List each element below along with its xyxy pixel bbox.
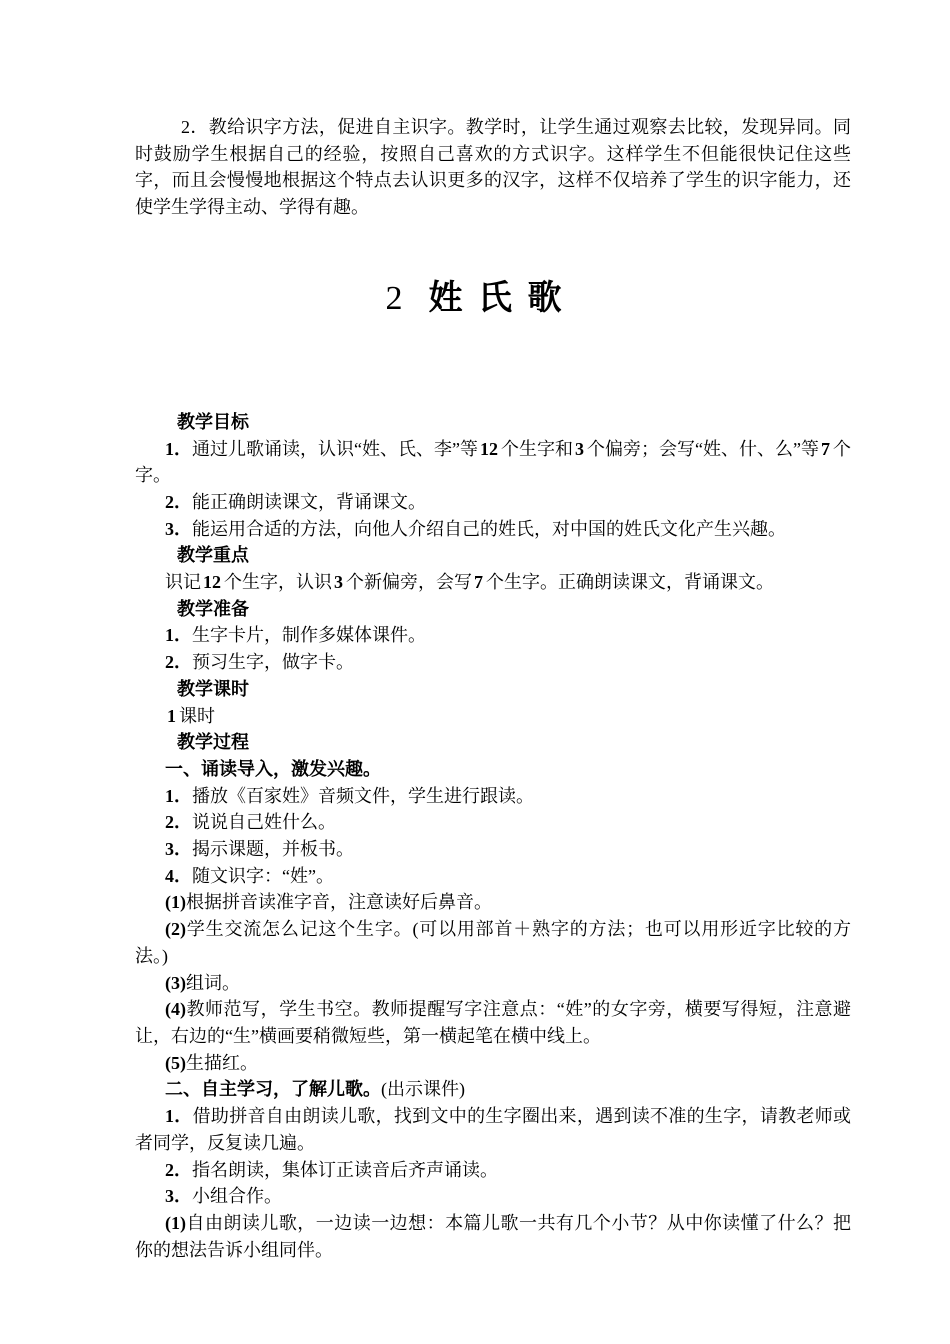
bold-marker-run: 3． bbox=[165, 1186, 192, 1206]
heiti-text-run: 二、自主学习，了解儿歌。 bbox=[165, 1079, 381, 1099]
bold-marker-run: 2． bbox=[165, 812, 192, 832]
bold-marker-run: (1) bbox=[165, 1213, 186, 1233]
text-run: 个生字。正确朗读课文，背诵课文。 bbox=[486, 572, 774, 592]
bold-number-run: 1 bbox=[165, 706, 179, 726]
text-run: 组词。 bbox=[186, 973, 240, 993]
bold-marker-run: (1) bbox=[165, 892, 186, 912]
bold-marker-run: 4． bbox=[165, 866, 192, 886]
text-run: 预习生字，做字卡。 bbox=[192, 652, 354, 672]
section-heading: 教学过程 bbox=[135, 729, 851, 756]
heiti-text-run: 一、诵读导入，激发兴趣。 bbox=[165, 759, 381, 779]
body-line: 4．随文识字：“姓”。 bbox=[135, 863, 851, 890]
body-line: 3．揭示课题，并板书。 bbox=[135, 836, 851, 863]
bold-number-run: 3 bbox=[573, 439, 587, 459]
body-line: 1．借助拼音自由朗读儿歌，找到文中的生字圈出来，遇到读不准的生字，请教老师或者同… bbox=[135, 1103, 851, 1156]
bold-marker-run: 2． bbox=[165, 492, 192, 512]
heiti-text-run: 教学重点 bbox=[177, 545, 249, 565]
bold-marker-run: 1． bbox=[165, 625, 192, 645]
bold-marker-run: 1． bbox=[165, 1106, 193, 1126]
body-line: (3)组词。 bbox=[135, 970, 851, 997]
lesson-title: 2姓 氏 歌 bbox=[0, 278, 950, 319]
bold-marker-run: 3． bbox=[165, 839, 192, 859]
bold-marker-run: 3． bbox=[165, 519, 192, 539]
text-run: 通过儿歌诵读，认识“姓、氏、李”等 bbox=[192, 439, 478, 459]
section-heading: 教学重点 bbox=[135, 542, 851, 569]
heiti-text-run: 教学准备 bbox=[177, 599, 249, 619]
bold-marker-run: 1． bbox=[165, 439, 192, 459]
section-heading: 教学目标 bbox=[135, 409, 851, 436]
heiti-text-run: 教学目标 bbox=[177, 412, 249, 432]
numbered-section-heading: 一、诵读导入，激发兴趣。 bbox=[135, 756, 851, 783]
bold-number-run: 7 bbox=[472, 572, 486, 592]
section-heading: 教学准备 bbox=[135, 596, 851, 623]
text-run: 自由朗读儿歌，一边读一边想：本篇儿歌一共有几个小节？从中你读懂了什么？把你的想法… bbox=[135, 1213, 851, 1260]
text-run: 说说自己姓什么。 bbox=[192, 812, 336, 832]
text-run: 个生字，认识 bbox=[224, 572, 332, 592]
body-line: 2．预习生字，做字卡。 bbox=[135, 649, 851, 676]
body-line: 1．通过儿歌诵读，认识“姓、氏、李”等12个生字和3个偏旁；会写“姓、什、么”等… bbox=[135, 436, 851, 489]
text-run: 能正确朗读课文，背诵课文。 bbox=[192, 492, 426, 512]
bold-number-run: 7 bbox=[819, 439, 833, 459]
body-line: (1)根据拼音读准字音，注意读好后鼻音。 bbox=[135, 889, 851, 916]
document-body: 2．教给识字方法，促进自主识字。教学时，让学生通过观察去比较，发现异同。同时鼓励… bbox=[135, 114, 851, 1263]
bold-marker-run: (4) bbox=[165, 999, 186, 1019]
text-run: 能运用合适的方法，向他人介绍自己的姓氏，对中国的姓氏文化产生兴趣。 bbox=[192, 519, 786, 539]
body-line: 识记12个生字，认识3个新偏旁，会写7个生字。正确朗读课文，背诵课文。 bbox=[135, 569, 851, 596]
text-run: 个新偏旁，会写 bbox=[346, 572, 472, 592]
body-line: (5)生描红。 bbox=[135, 1050, 851, 1077]
document-page: 2．教给识字方法，促进自主识字。教学时，让学生通过观察去比较，发现异同。同时鼓励… bbox=[0, 0, 950, 1344]
bold-marker-run: 2． bbox=[165, 1160, 192, 1180]
text-run: (出示课件) bbox=[381, 1079, 465, 1099]
body-line: (1)自由朗读儿歌，一边读一边想：本篇儿歌一共有几个小节？从中你读懂了什么？把你… bbox=[135, 1210, 851, 1263]
section-heading: 教学课时 bbox=[135, 676, 851, 703]
text-run: 2．教给识字方法，促进自主识字。教学时，让学生通过观察去比较，发现异同。同时鼓励… bbox=[135, 117, 851, 217]
text-run: 小组合作。 bbox=[192, 1186, 282, 1206]
bold-marker-run: (5) bbox=[165, 1053, 186, 1073]
bold-number-run: 12 bbox=[201, 572, 224, 592]
numbered-section-heading: 二、自主学习，了解儿歌。(出示课件) bbox=[135, 1076, 851, 1103]
heiti-text-run: 教学过程 bbox=[177, 732, 249, 752]
text-run: 生描红。 bbox=[186, 1053, 258, 1073]
text-run: 个生字和 bbox=[501, 439, 573, 459]
body-line: 1课时 bbox=[135, 703, 851, 730]
text-run: 识记 bbox=[165, 572, 201, 592]
heiti-text-run: 教学课时 bbox=[177, 679, 249, 699]
body-line: 2．说说自己姓什么。 bbox=[135, 809, 851, 836]
text-run: 播放《百家姓》音频文件，学生进行跟读。 bbox=[192, 786, 534, 806]
text-run: 学生交流怎么记这个生字。(可以用部首＋熟字的方法；也可以用形近字比较的方法。) bbox=[135, 919, 851, 966]
lesson-number: 2 bbox=[386, 280, 403, 317]
body-line: 2．能正确朗读课文，背诵课文。 bbox=[135, 489, 851, 516]
intro-paragraph: 2．教给识字方法，促进自主识字。教学时，让学生通过观察去比较，发现异同。同时鼓励… bbox=[135, 114, 851, 221]
bold-number-run: 3 bbox=[332, 572, 346, 592]
text-run: 根据拼音读准字音，注意读好后鼻音。 bbox=[186, 892, 492, 912]
bold-number-run: 12 bbox=[478, 439, 501, 459]
body-line: 3．能运用合适的方法，向他人介绍自己的姓氏，对中国的姓氏文化产生兴趣。 bbox=[135, 516, 851, 543]
body-line: (2)学生交流怎么记这个生字。(可以用部首＋熟字的方法；也可以用形近字比较的方法… bbox=[135, 916, 851, 969]
text-run: 随文识字：“姓”。 bbox=[192, 866, 334, 886]
text-run: 借助拼音自由朗读儿歌，找到文中的生字圈出来，遇到读不准的生字，请教老师或者同学，… bbox=[135, 1106, 851, 1153]
bold-marker-run: 1． bbox=[165, 786, 192, 806]
lesson-title-text: 姓 氏 歌 bbox=[429, 279, 565, 317]
bold-marker-run: (3) bbox=[165, 973, 186, 993]
text-run: 课时 bbox=[179, 706, 215, 726]
body-line: 3．小组合作。 bbox=[135, 1183, 851, 1210]
body-line: 2．指名朗读，集体订正读音后齐声诵读。 bbox=[135, 1157, 851, 1184]
bold-marker-run: 2． bbox=[165, 652, 192, 672]
body-line: 1．播放《百家姓》音频文件，学生进行跟读。 bbox=[135, 783, 851, 810]
body-line: (4)教师范写，学生书空。教师提醒写字注意点：“姓”的女字旁，横要写得短，注意避… bbox=[135, 996, 851, 1049]
text-run: 指名朗读，集体订正读音后齐声诵读。 bbox=[192, 1160, 498, 1180]
text-run: 个偏旁；会写“姓、什、么”等 bbox=[587, 439, 819, 459]
body-line: 1．生字卡片，制作多媒体课件。 bbox=[135, 622, 851, 649]
text-run: 揭示课题，并板书。 bbox=[192, 839, 354, 859]
bold-marker-run: (2) bbox=[165, 919, 186, 939]
text-run: 生字卡片，制作多媒体课件。 bbox=[192, 625, 426, 645]
text-run: 教师范写，学生书空。教师提醒写字注意点：“姓”的女字旁，横要写得短，注意避让，右… bbox=[135, 999, 851, 1046]
